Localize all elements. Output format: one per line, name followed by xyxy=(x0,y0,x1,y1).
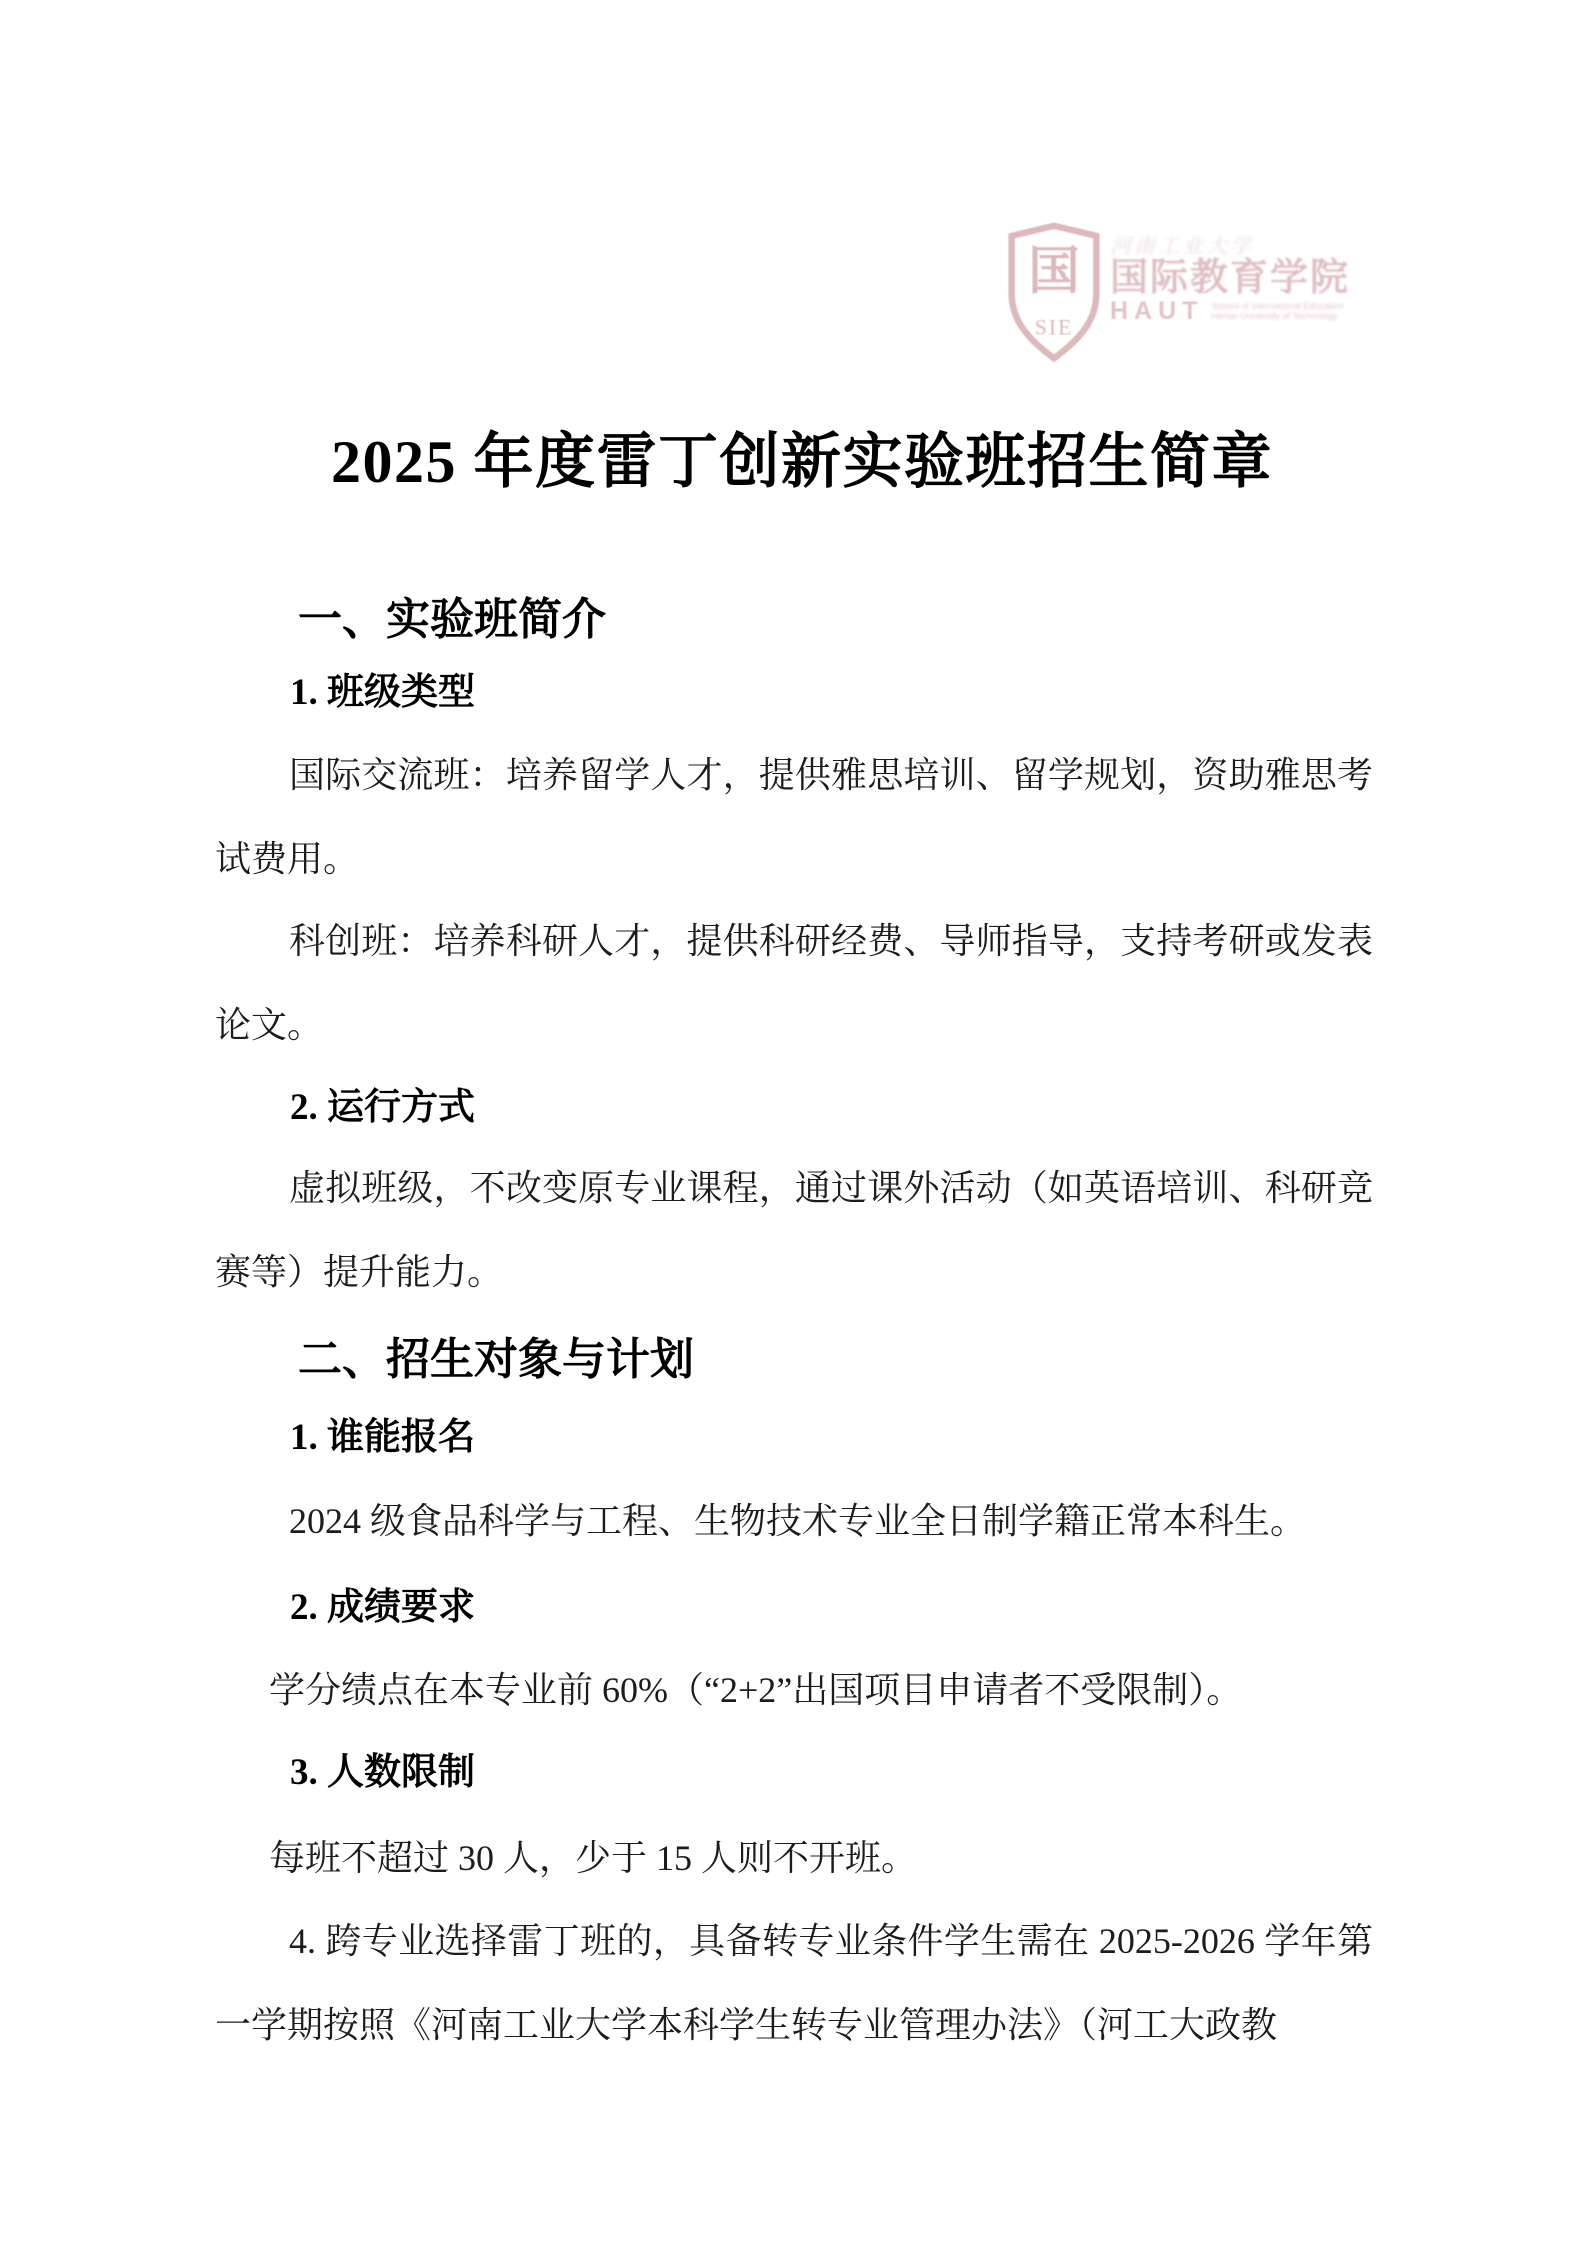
logo-text-block: 河南工业大学 国际教育学院 HAUT School of Internation… xyxy=(1110,222,1350,324)
logo-english-name: School of International Education Henan … xyxy=(1211,298,1343,321)
page-title: 2025 年度雷丁创新实验班招生简章 xyxy=(8,420,1588,504)
paragraph-cross-major-rule: 4. 跨专业选择雷丁班的，具备转专业条件学生需在 2025-2026 学年第一学… xyxy=(215,1899,1373,2067)
section-1-subheading-2: 2. 运行方式 xyxy=(290,1066,475,1150)
section-2-subheading-3: 3. 人数限制 xyxy=(290,1731,475,1815)
section-1-subheading-1: 1. 班级类型 xyxy=(290,651,475,735)
paragraph-class-size-limit: 每班不超过 30 人，少于 15 人则不开班。 xyxy=(215,1816,1373,1900)
paragraph-operation-mode: 虚拟班级，不改变原专业课程，通过课外活动（如英语培训、科研竞赛等）提升能力。 xyxy=(215,1146,1373,1314)
section-1-heading: 一、实验班简介 xyxy=(298,578,606,662)
logo-shield-label: SIE xyxy=(1035,314,1074,339)
logo-college-name: 国际教育学院 xyxy=(1110,258,1350,298)
section-2-heading: 二、招生对象与计划 xyxy=(298,1318,694,1402)
logo-university-script: 河南工业大学 xyxy=(1110,234,1350,258)
section-2-subheading-2: 2. 成绩要求 xyxy=(290,1566,475,1650)
paragraph-grade-requirement: 学分绩点在本专业前 60%（“2+2”出国项目申请者不受限制）。 xyxy=(215,1648,1373,1732)
section-2-subheading-1: 1. 谁能报名 xyxy=(290,1396,475,1480)
paragraph-eligibility: 2024 级食品科学与工程、生物技术专业全日制学籍正常本科生。 xyxy=(215,1479,1373,1563)
shield-icon: 国 SIE xyxy=(1008,222,1100,362)
paragraph-class-types-research: 科创班：培养科研人才，提供科研经费、导师指导，支持考研或发表论文。 xyxy=(215,899,1373,1067)
logo-english-line1: School of International Education xyxy=(1211,301,1343,311)
college-logo: 国 SIE 河南工业大学 国际教育学院 HAUT School of Inter… xyxy=(1008,222,1388,377)
logo-emblem-glyph: 国 xyxy=(1028,241,1080,299)
document-page: 国 SIE 河南工业大学 国际教育学院 HAUT School of Inter… xyxy=(0,0,1588,2245)
paragraph-class-types-international: 国际交流班：培养留学人才，提供雅思培训、留学规划，资助雅思考试费用。 xyxy=(215,733,1373,901)
logo-acronym: HAUT xyxy=(1110,298,1203,324)
logo-english-line2: Henan University of Technology xyxy=(1211,311,1343,321)
